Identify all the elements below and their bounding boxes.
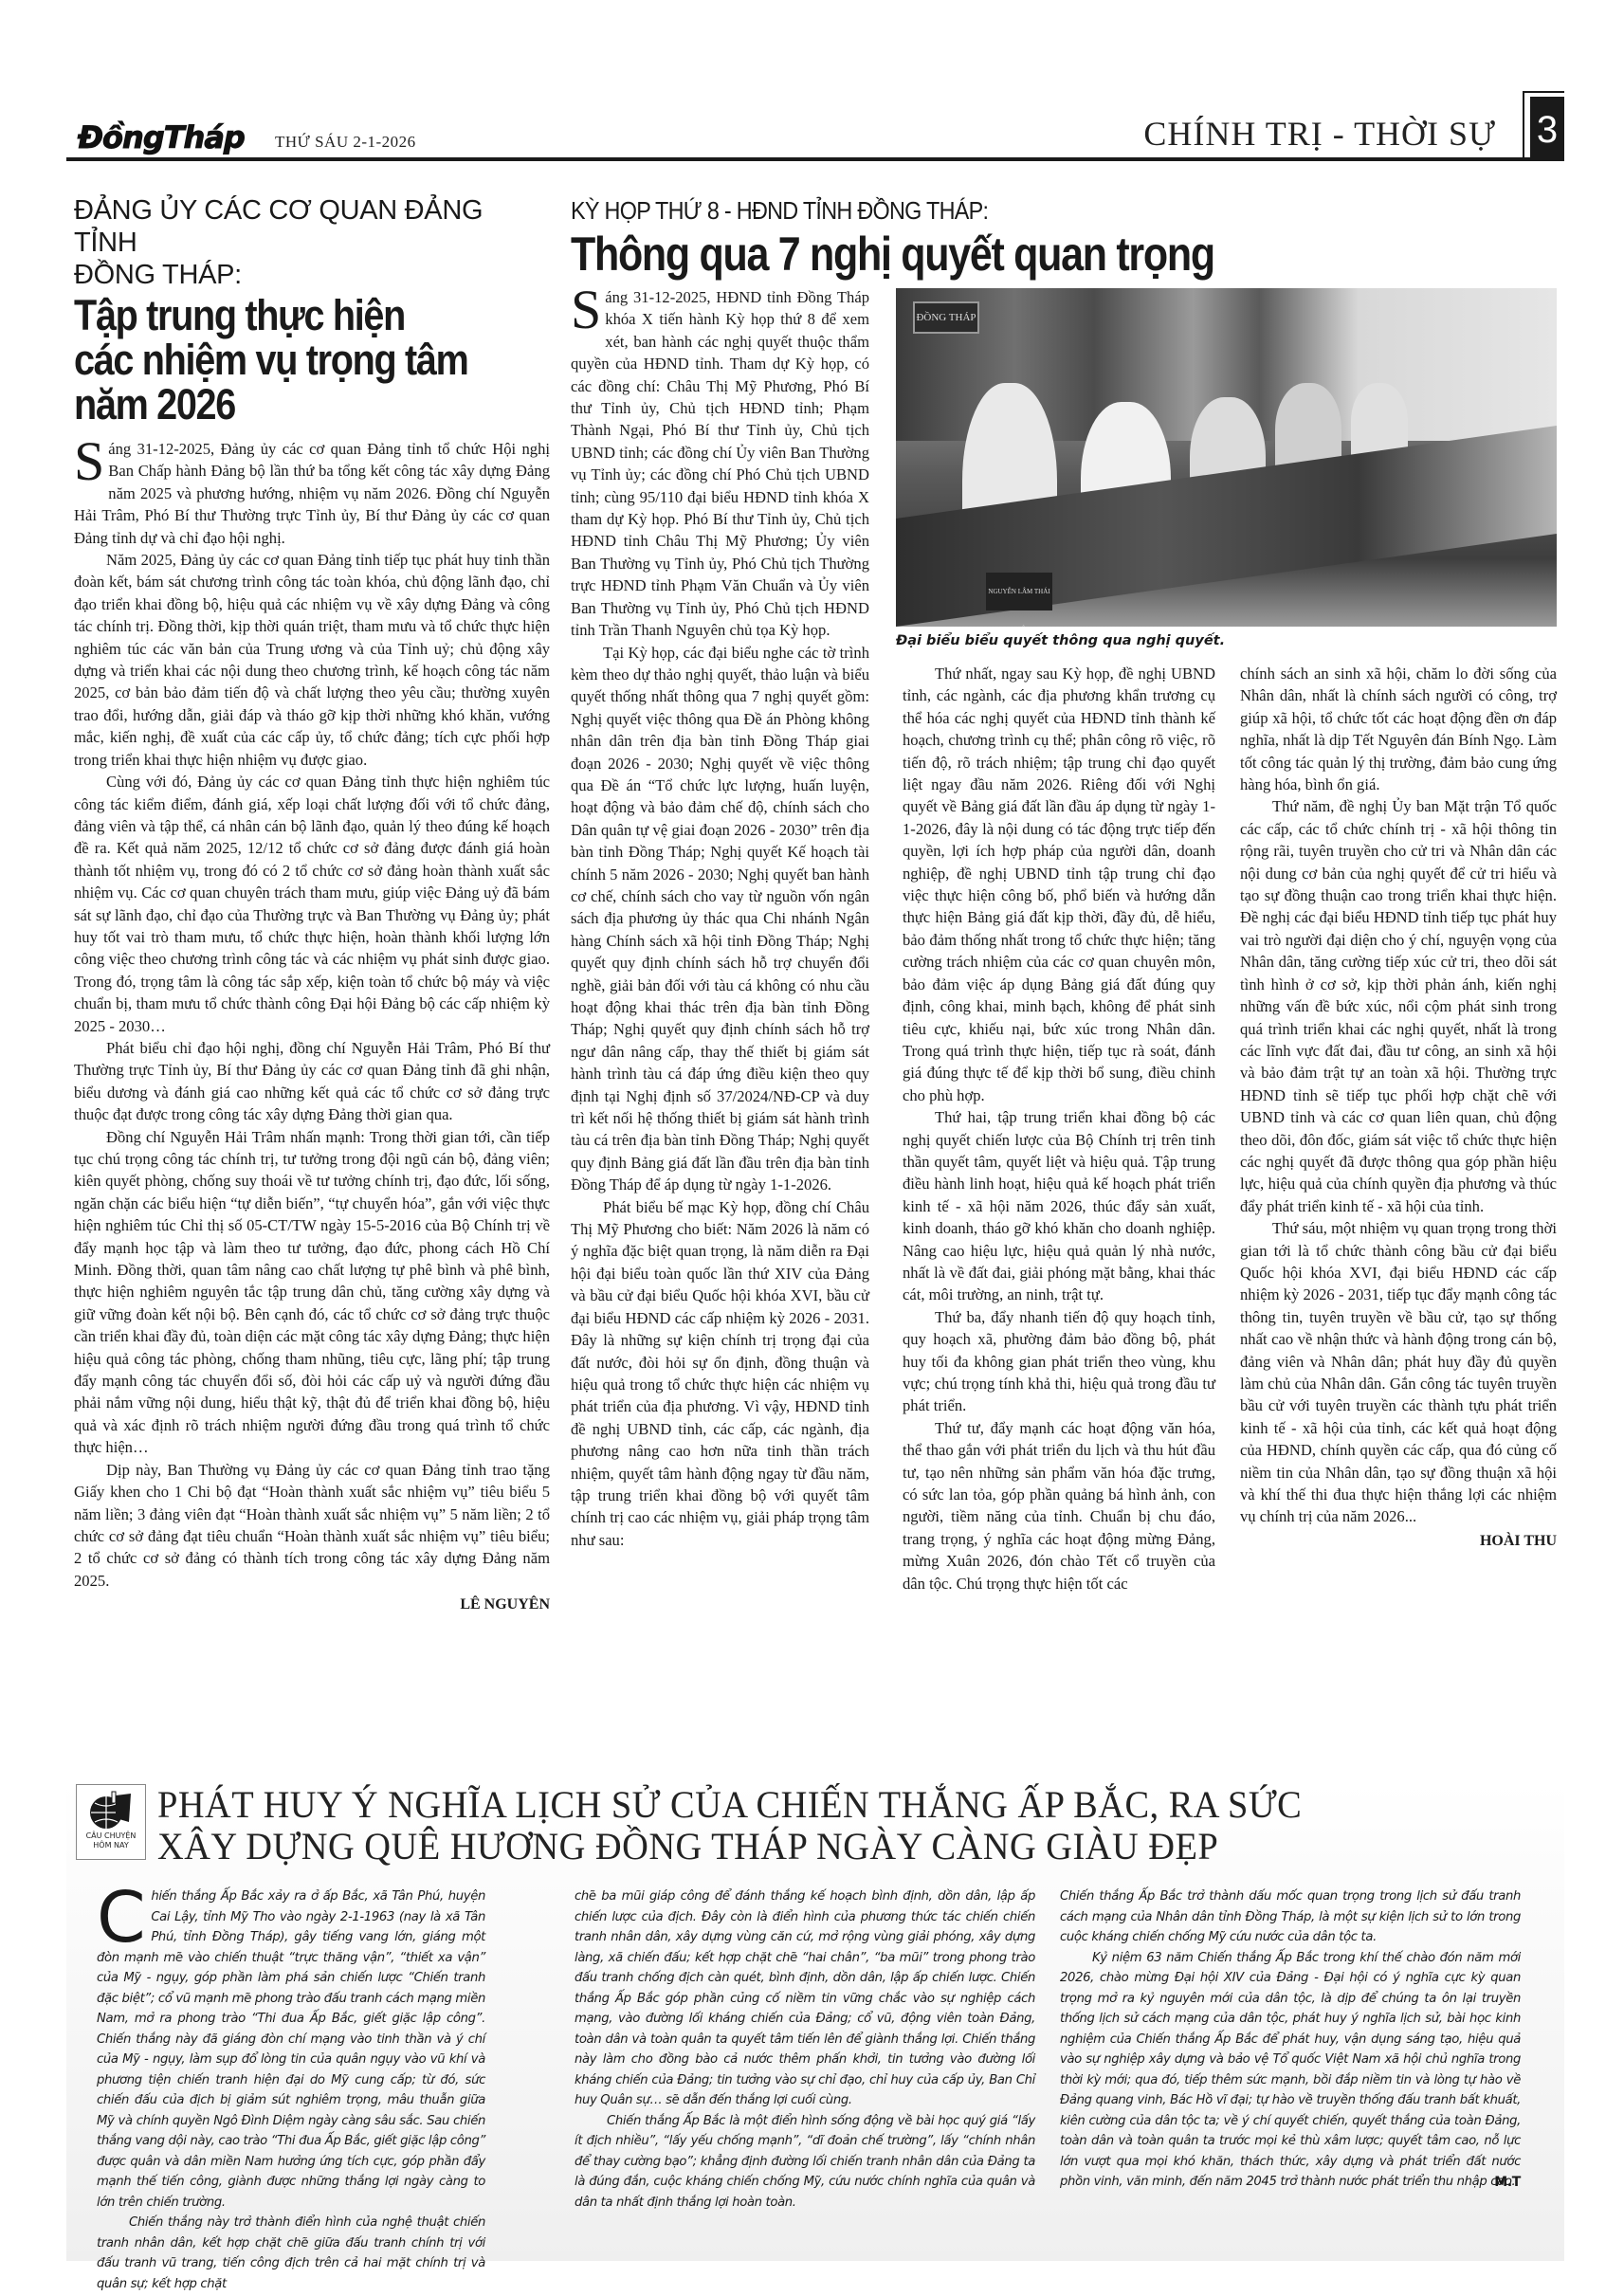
paragraph: Phát biểu bế mạc Kỳ họp, đồng chí Châu T…	[571, 1196, 869, 1552]
paragraph: Chiến thắng này trở thành điển hình của …	[97, 2213, 485, 2294]
article-hdnd-column-3: chính sách an sinh xã hội, chăm lo đời s…	[1240, 663, 1557, 1552]
paragraph: Kỷ niệm 63 năm Chiến thắng Ấp Bắc trong …	[1060, 1948, 1521, 2193]
headline-line: năm 2026	[74, 382, 493, 427]
paragraph: Thứ hai, tập trung triển khai đồng bộ cá…	[903, 1106, 1215, 1306]
headline-line: XÂY DỰNG QUÊ HƯƠNG ĐỒNG THÁP NGÀY CÀNG G…	[157, 1826, 1302, 1868]
paragraph: Thứ nhất, ngay sau Kỳ họp, đề nghị UBND …	[903, 663, 1215, 1106]
drop-cap: C	[97, 1890, 145, 1945]
cau-chuyen-hom-nay-badge: CÂU CHUYỆN HÔM NAY	[76, 1784, 146, 1860]
paragraph: Đồng chí Nguyễn Hải Trâm nhấn mạnh: Tron…	[74, 1126, 550, 1459]
paragraph: Chiến thắng Ấp Bắc là một điển hình sống…	[575, 2111, 1035, 2214]
paragraph-text: áng 31-12-2025, Đảng ủy các cơ quan Đảng…	[74, 440, 550, 547]
paragraph: Cùng với đó, Đảng ủy các cơ quan Đảng tỉ…	[74, 771, 550, 1037]
feature-column-1: Chiến thắng Ấp Bắc xảy ra ở ấp Bắc, xã T…	[97, 1886, 485, 2294]
article-kicker: KỲ HỌP THỨ 8 - HĐND TỈNH ĐỒNG THÁP:	[571, 194, 1467, 227]
article-hdnd-column-2: Thứ nhất, ngay sau Kỳ họp, đề nghị UBND …	[903, 663, 1215, 1594]
paragraph: Thứ sáu, một nhiệm vụ quan trọng trong t…	[1240, 1217, 1557, 1528]
feature-column-2: chẽ ba mũi giáp công để đánh thắng kế ho…	[575, 1886, 1035, 2213]
paragraph: Thứ năm, đề nghị Ủy ban Mặt trận Tổ quốc…	[1240, 795, 1557, 1217]
session-photo: ĐỒNG THÁP NGUYỄN LÂM THÁI THUẬN	[896, 288, 1557, 627]
photo-caption: Đại biểu biểu quyết thông qua nghị quyết…	[896, 633, 1557, 648]
article-hdnd-header: KỲ HỌP THỨ 8 - HĐND TỈNH ĐỒNG THÁP: Thôn…	[571, 194, 1566, 280]
byline: HOÀI THU	[1240, 1530, 1557, 1552]
feature-column-3: Chiến thắng Ấp Bắc trở thành dấu mốc qua…	[1060, 1886, 1521, 2193]
paragraph: Thứ tư, đẩy mạnh các hoạt động văn hóa, …	[903, 1417, 1215, 1594]
paragraph: chẽ ba mũi giáp công để đánh thắng kế ho…	[575, 1886, 1035, 2111]
paragraph: Phát biểu chỉ đạo hội nghị, đồng chí Ngu…	[74, 1037, 550, 1126]
paragraph: Chiến thắng Ấp Bắc trở thành dấu mốc qua…	[1060, 1886, 1521, 1948]
paragraph-text: áng 31-12-2025, HĐND tỉnh Đồng Tháp khóa…	[571, 288, 869, 639]
byline: LÊ NGUYÊN	[74, 1594, 550, 1615]
article-body: Sáng 31-12-2025, Đảng ủy các cơ quan Đản…	[74, 438, 550, 1616]
paragraph: Sáng 31-12-2025, Đảng ủy các cơ quan Đản…	[74, 438, 550, 549]
paragraph: chính sách an sinh xã hội, chăm lo đời s…	[1240, 663, 1557, 795]
masthead: ĐồngTháp THỨ SÁU 2-1-2026 CHÍNH TRỊ - TH…	[66, 112, 1564, 161]
paragraph: Sáng 31-12-2025, HĐND tỉnh Đồng Tháp khó…	[571, 286, 869, 642]
section-title: CHÍNH TRỊ - THỜI SỰ	[1143, 114, 1496, 154]
paragraph: Tại Kỳ họp, các đại biểu nghe các tờ trì…	[571, 642, 869, 1196]
drop-cap: S	[571, 288, 601, 332]
paragraph: Năm 2025, Đảng ủy các cơ quan Đảng tỉnh …	[74, 549, 550, 771]
article-party-committee: ĐẢNG ỦY CÁC CƠ QUAN ĐẢNG TỈNH ĐỒNG THÁP:…	[74, 194, 550, 1616]
article-headline: Tập trung thực hiện các nhiệm vụ trọng t…	[74, 293, 493, 427]
badge-label: CÂU CHUYỆN	[77, 1831, 145, 1841]
photo-sign: ĐỒNG THÁP	[913, 301, 979, 334]
article-headline: Thông qua 7 nghị quyết quan trọng	[571, 228, 1427, 280]
page-number: 3	[1530, 97, 1564, 157]
headline-line: Tập trung thực hiện	[74, 293, 493, 337]
paragraph: Thứ ba, đẩy nhanh tiến độ quy hoạch tỉnh…	[903, 1306, 1215, 1417]
paragraph-text: hiến thắng Ấp Bắc xảy ra ở ấp Bắc, xã Tâ…	[97, 1889, 485, 2210]
paragraph: Chiến thắng Ấp Bắc xảy ra ở ấp Bắc, xã T…	[97, 1886, 485, 2213]
kicker-line: ĐẢNG ỦY CÁC CƠ QUAN ĐẢNG TỈNH	[74, 194, 550, 259]
headline-line: PHÁT HUY Ý NGHĨA LỊCH SỬ CỦA CHIẾN THẮNG…	[157, 1784, 1302, 1826]
newspaper-logo: ĐồngTháp	[78, 119, 245, 155]
issue-date: THỨ SÁU 2-1-2026	[275, 133, 416, 152]
paragraph: Dịp này, Ban Thường vụ Đảng ủy các cơ qu…	[74, 1459, 550, 1592]
globe-pen-icon	[87, 1790, 135, 1831]
nameplate: NGUYỄN LÂM THÁI THUẬN	[986, 573, 1052, 610]
article-kicker: ĐẢNG ỦY CÁC CƠ QUAN ĐẢNG TỈNH ĐỒNG THÁP:	[74, 194, 550, 291]
headline-line: các nhiệm vụ trọng tâm	[74, 337, 493, 382]
drop-cap: S	[74, 440, 104, 483]
article-hdnd-column-1: Sáng 31-12-2025, HĐND tỉnh Đồng Tháp khó…	[571, 286, 869, 1551]
badge-label: HÔM NAY	[77, 1841, 145, 1850]
newspaper-page: ĐồngTháp THỨ SÁU 2-1-2026 CHÍNH TRỊ - TH…	[0, 0, 1624, 2296]
kicker-line: ĐỒNG THÁP:	[74, 259, 550, 291]
feature-headline: PHÁT HUY Ý NGHĨA LỊCH SỬ CỦA CHIẾN THẮNG…	[157, 1784, 1302, 1868]
